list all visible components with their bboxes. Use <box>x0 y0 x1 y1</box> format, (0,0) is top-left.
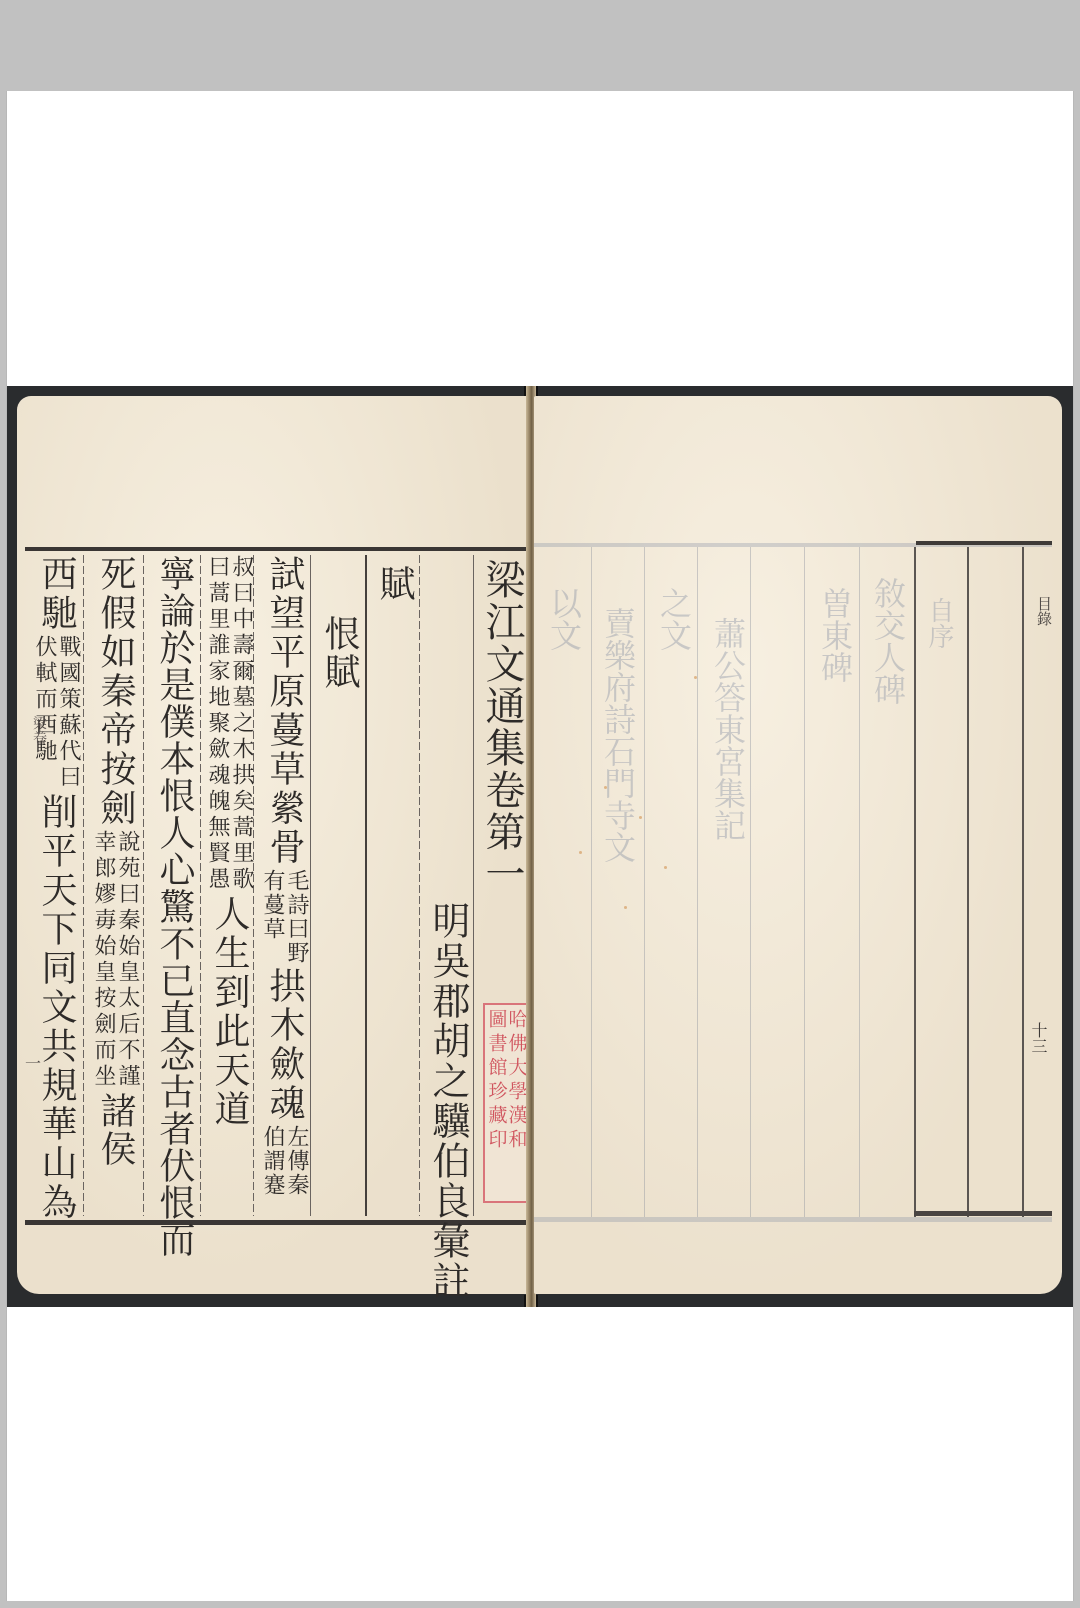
column-divider <box>697 547 698 1217</box>
column-divider <box>365 555 367 1216</box>
paper-speck <box>624 906 627 909</box>
paper-speck <box>579 851 582 854</box>
paper-speck <box>639 816 642 819</box>
paper-speck <box>664 866 667 869</box>
margin-label: 目錄 <box>1034 596 1055 626</box>
main-text: 人生到此天道 <box>211 895 247 1129</box>
column-divider <box>750 547 751 1217</box>
library-seal: 哈佛大學漢和 圖書館珍藏印 <box>483 1003 529 1203</box>
genre-heading: 賦 <box>376 555 412 1216</box>
column-divider <box>804 547 805 1217</box>
seal-line-2: 圖書館珍藏印 <box>487 1005 506 1201</box>
text-column-2: 叔曰中壽爾墓之木拱矣蒿里歌 曰蒿里誰家地聚歛魂魄無賢愚 人生到此天道 <box>204 555 254 1216</box>
main-text: 削平天下同文共規華山為 <box>38 793 74 1222</box>
leaf-number: 十三 <box>1027 1022 1050 1054</box>
genre-column: 賦 <box>369 555 419 1216</box>
ghost-text: 蕭公答東宮集記 <box>712 617 744 841</box>
column-divider <box>914 547 916 1217</box>
leaf-number: 一 <box>25 1051 41 1074</box>
attribution: 明吳郡胡之驥伯良彙註 <box>429 555 467 1216</box>
frame-border-bottom <box>914 1211 1052 1216</box>
annotation: 伏軾而西馳 <box>33 635 55 791</box>
annotation: 左傳秦 <box>285 1125 307 1197</box>
text-column-1: 試望平原蔓草縈骨 毛詩曰野 有蔓草 拱木歛魂 左傳秦 伯謂蹇 <box>257 555 311 1216</box>
ghost-text: 敘交人碑 <box>872 577 904 705</box>
text-column-5: 西馳 戰國策蘇代曰 伏軾而西馳 削平天下同文共規華山為 <box>29 555 83 1216</box>
right-page: 敘交人碑 曽東碑 蕭公答東宮集記 之文 賣樂府詩石門寺文 以文 自序 目錄 十三 <box>534 396 1062 1294</box>
seal-line-1: 哈佛大學漢和 <box>507 1005 526 1201</box>
annotation: 幸郎嫪毐始皇按劍而坐 <box>92 830 114 1090</box>
main-text: 諸侯 <box>97 1092 133 1168</box>
column-divider <box>859 547 860 1217</box>
column-divider <box>591 547 592 1217</box>
piece-title: 恨賦 <box>321 555 357 1216</box>
paper-speck <box>604 786 607 789</box>
text-column-4: 死假如秦帝按劍 說苑曰秦始皇太后不謹 幸郎嫪毐始皇按劍而坐 諸侯 <box>87 555 143 1216</box>
annotation: 毛詩曰野 <box>285 869 307 965</box>
ghost-heading: 自序 <box>926 597 952 649</box>
annotation: 伯謂蹇 <box>261 1125 283 1197</box>
column-divider <box>1022 547 1024 1217</box>
left-page: 梁江文通集卷第一 明吳郡胡之驥伯良彙註 賦 恨賦 試望平原蔓草縈骨 毛詩曰野 有… <box>17 396 528 1294</box>
ghost-text: 賣樂府詩石門寺文 <box>602 607 634 863</box>
annotation: 叔曰中壽爾墓之木拱矣蒿里歌 <box>230 555 252 893</box>
main-text: 死假如秦帝按劍 <box>97 555 133 828</box>
ghost-text: 曽東碑 <box>819 587 851 683</box>
margin-label: 梁卷 <box>29 716 49 744</box>
attribution-column: 明吳郡胡之驥伯良彙註 <box>423 555 473 1216</box>
ghost-text: 之文 <box>658 587 690 651</box>
main-text: 寧論於是僕本恨人心驚不已直念古者伏恨而 <box>156 555 192 1216</box>
main-text: 拱木歛魂 <box>266 967 302 1123</box>
column-divider <box>473 555 474 1216</box>
piece-title-column: 恨賦 <box>314 555 364 1216</box>
annotation: 戰國策蘇代曰 <box>57 635 79 791</box>
annotation: 有蔓草 <box>261 869 283 965</box>
main-text: 西馳 <box>38 555 74 633</box>
text-column-3: 寧論於是僕本恨人心驚不已直念古者伏恨而 <box>147 555 201 1216</box>
left-text-frame: 梁江文通集卷第一 明吳郡胡之驥伯良彙註 賦 恨賦 試望平原蔓草縈骨 毛詩曰野 有… <box>25 547 528 1225</box>
column-divider <box>644 547 645 1217</box>
column-divider <box>419 555 420 1216</box>
column-divider <box>83 555 84 1216</box>
column-divider <box>143 555 144 1216</box>
annotation: 說苑曰秦始皇太后不謹 <box>116 830 138 1090</box>
book-scan: 梁江文通集卷第一 明吳郡胡之驥伯良彙註 賦 恨賦 試望平原蔓草縈骨 毛詩曰野 有… <box>7 386 1073 1307</box>
main-text: 試望平原蔓草縈骨 <box>266 555 302 867</box>
paper-speck <box>694 676 697 679</box>
ghost-text: 以文 <box>548 587 580 651</box>
frame-border-top <box>916 541 1052 545</box>
column-divider <box>967 547 969 1217</box>
right-text-frame: 敘交人碑 曽東碑 蕭公答東宮集記 之文 賣樂府詩石門寺文 以文 自序 <box>534 543 1052 1222</box>
annotation: 曰蒿里誰家地聚歛魂魄無賢愚 <box>206 555 228 893</box>
